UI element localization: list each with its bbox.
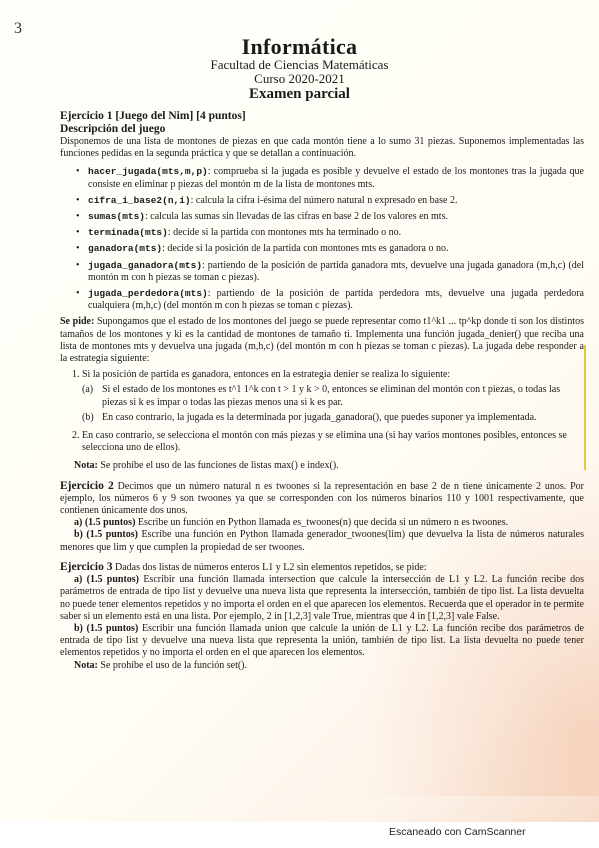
exam-title: Informática <box>0 36 599 58</box>
function-signature: jugada_perdedora(mts) <box>88 288 208 299</box>
part-b-label: b) (1.5 puntos) <box>74 623 138 634</box>
exam-type: Examen parcial <box>0 86 599 102</box>
scanned-page: 3 Informática Facultad de Ciencias Matem… <box>0 0 599 822</box>
exercise-1-note: Nota: Se prohíbe el uso de las funciones… <box>60 460 584 472</box>
substep-label: (b) <box>82 412 102 424</box>
function-item: terminada(mts): decide si la partida con… <box>88 227 584 239</box>
exercise-3: Ejercicio 3 Dadas dos listas de números … <box>60 561 584 672</box>
exercise-2b: b) (1.5 puntos) Escribe una función en P… <box>60 529 584 553</box>
function-item: sumas(mts): calcula las sumas sin llevad… <box>88 211 584 223</box>
task-label: Se pide: <box>60 316 94 327</box>
part-a-label: a) (1.5 puntos) <box>74 574 139 585</box>
course-year: Curso 2020-2021 <box>0 72 599 86</box>
function-signature: ganadora(mts) <box>88 243 162 254</box>
exam-header: Informática Facultad de Ciencias Matemát… <box>0 36 599 102</box>
exercise-3-text: Dadas dos listas de números enteros L1 y… <box>115 562 427 573</box>
function-signature: terminada(mts) <box>88 227 168 238</box>
function-item: ganadora(mts): decide si la posición de … <box>88 243 584 255</box>
strategy-substep: (a)Si el estado de los montones es t^1 1… <box>82 384 584 408</box>
function-description: : decide si la posición de la partida co… <box>162 243 448 254</box>
exercise-1-heading: Ejercicio 1 [Juego del Nim] [4 puntos] <box>60 110 584 123</box>
part-b-text: Escribe una función en Python llamada ge… <box>60 529 584 552</box>
note-text: Se prohíbe el uso de las funciones de li… <box>100 460 338 471</box>
function-item: jugada_perdedora(mts): partiendo de la p… <box>88 288 584 312</box>
function-item: cifra_i_base2(n,i): calcula la cifra i-é… <box>88 195 584 207</box>
function-description: : decide si la partida con montones mts … <box>168 227 401 238</box>
part-a-text: Escribe un función en Python llamada es_… <box>138 517 508 528</box>
note-label: Nota: <box>74 460 98 471</box>
exercise-3-note: Nota: Se prohíbe el uso de la función se… <box>60 660 584 672</box>
task-statement: Se pide: Supongamos que el estado de los… <box>60 316 584 365</box>
strategy-substep: (b)En caso contrario, la jugada es la de… <box>82 412 584 424</box>
function-signature: jugada_ganadora(mts) <box>88 260 202 271</box>
exercise-3-heading: Ejercicio 3 <box>60 561 112 573</box>
part-b-text: Escribir una función llamada union que c… <box>60 623 584 658</box>
function-item: hacer_jugada(mts,m,p): comprueba si la j… <box>88 166 584 190</box>
substep-label: (a) <box>82 384 102 408</box>
note-label: Nota: <box>74 660 98 671</box>
exercise-3b: b) (1.5 puntos) Escribir una función lla… <box>60 623 584 660</box>
task-text: Supongamos que el estado de los montones… <box>60 316 584 364</box>
exercise-1-intro: Disponemos de una lista de montones de p… <box>60 136 584 160</box>
exercise-1-subheading: Descripción del juego <box>60 123 584 136</box>
exercise-2: Ejercicio 2 Decimos que un número natura… <box>60 480 584 554</box>
function-description: : calcula las sumas sin llevadas de las … <box>145 211 448 222</box>
function-list: hacer_jugada(mts,m,p): comprueba si la j… <box>60 166 584 312</box>
exercise-1: Ejercicio 1 [Juego del Nim] [4 puntos] D… <box>60 110 584 473</box>
scanner-watermark: Escaneado con CamScanner <box>389 826 526 838</box>
strategy-step-text: En caso contrario, se selecciona el mont… <box>82 430 567 453</box>
exercise-2-heading: Ejercicio 2 <box>60 480 114 492</box>
note-text: Se prohíbe el uso de la función set(). <box>100 660 247 671</box>
exercise-3-intro: Ejercicio 3 Dadas dos listas de números … <box>60 561 584 574</box>
faculty-name: Facultad de Ciencias Matemáticas <box>0 58 599 72</box>
strategy-steps: Si la posición de partida es ganadora, e… <box>60 369 584 454</box>
function-description: : calcula la cifra i-ésima del número na… <box>191 195 458 206</box>
substep-text: En caso contrario, la jugada es la deter… <box>102 412 537 424</box>
exercise-2a: a) (1.5 puntos) Escribe un función en Py… <box>60 517 584 529</box>
function-item: jugada_ganadora(mts): partiendo de la po… <box>88 260 584 284</box>
strategy-step: Si la posición de partida es ganadora, e… <box>82 369 584 424</box>
exercise-2-text: Decimos que un número natural n es twoon… <box>60 481 584 516</box>
part-a-text: Escribir una función llamada intersectio… <box>60 574 584 622</box>
strategy-step: En caso contrario, se selecciona el mont… <box>82 430 584 454</box>
function-signature: hacer_jugada(mts,m,p) <box>88 166 208 177</box>
page-edge-line <box>584 345 586 470</box>
function-signature: cifra_i_base2(n,i) <box>88 195 191 206</box>
substep-text: Si el estado de los montones es t^1 1^k … <box>102 384 584 408</box>
function-signature: sumas(mts) <box>88 211 145 222</box>
part-b-label: b) (1.5 puntos) <box>74 529 138 540</box>
exercise-3a: a) (1.5 puntos) Escribir una función lla… <box>60 574 584 623</box>
strategy-step-text: Si la posición de partida es ganadora, e… <box>82 369 450 380</box>
part-a-label: a) (1.5 puntos) <box>74 517 135 528</box>
exam-body: Ejercicio 1 [Juego del Nim] [4 puntos] D… <box>60 110 584 672</box>
exercise-2-intro: Ejercicio 2 Decimos que un número natura… <box>60 480 584 518</box>
